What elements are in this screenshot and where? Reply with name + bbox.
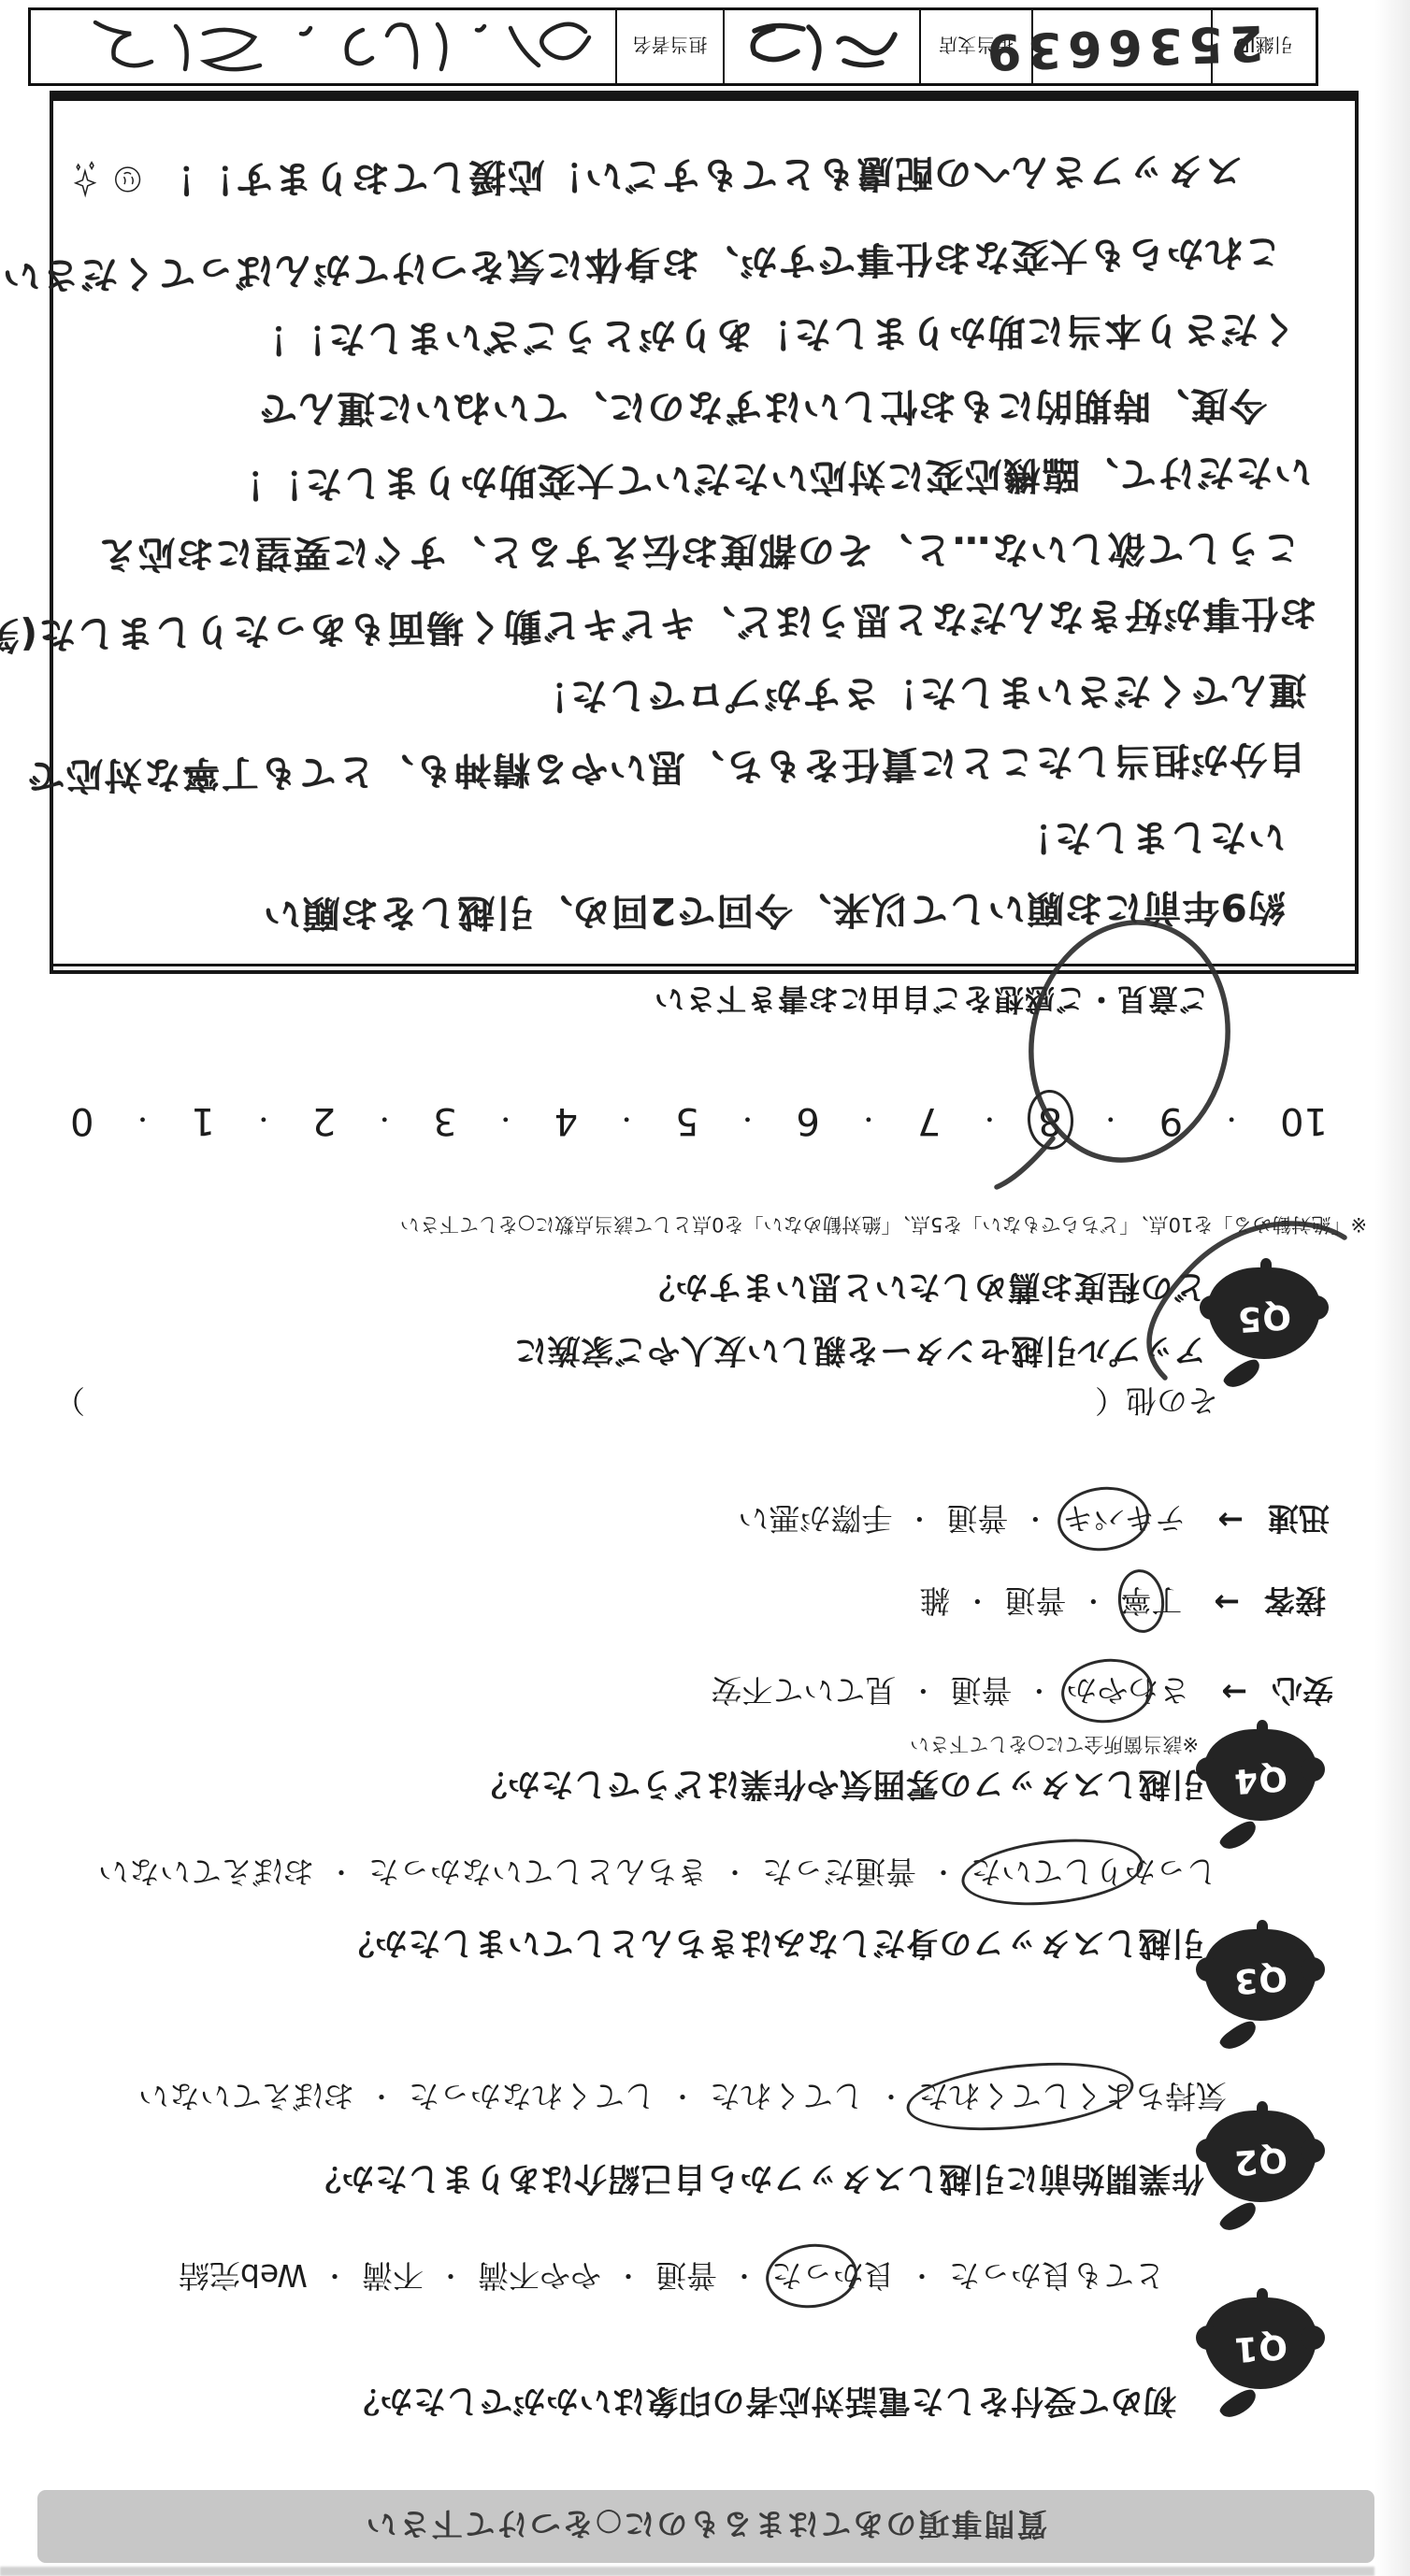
pen-circle-tail (997, 1138, 1053, 1187)
staff-label-cell: 担当者名 (617, 10, 725, 83)
branch-value-cell (725, 10, 921, 83)
goiken-pen-circle (1010, 904, 1250, 1179)
scanned-survey-sheet: 質問事項のあてはまるものに○をつけて下さい Q1 初めて受付をした電話対応者の印… (0, 0, 1410, 2576)
staff-name-label: 担当者名 (633, 34, 708, 61)
staff-handwritten-signatures (38, 9, 609, 84)
handover-table: 引継ID 2536639 担当支店 担当者名 (28, 7, 1318, 86)
handover-id-value-cell: 2536639 (1033, 10, 1213, 83)
upside-down-form: 質問事項のあてはまるものに○をつけて下さい Q1 初めて受付をした電話対応者の印… (0, 0, 1410, 2576)
pen-marks-overlay (0, 0, 1410, 2576)
staff-value-cell (31, 10, 617, 83)
handover-id-value: 2536639 (980, 14, 1264, 80)
q5-pen-swoosh (1149, 1224, 1345, 1378)
branch-handwritten-signature (728, 10, 915, 83)
